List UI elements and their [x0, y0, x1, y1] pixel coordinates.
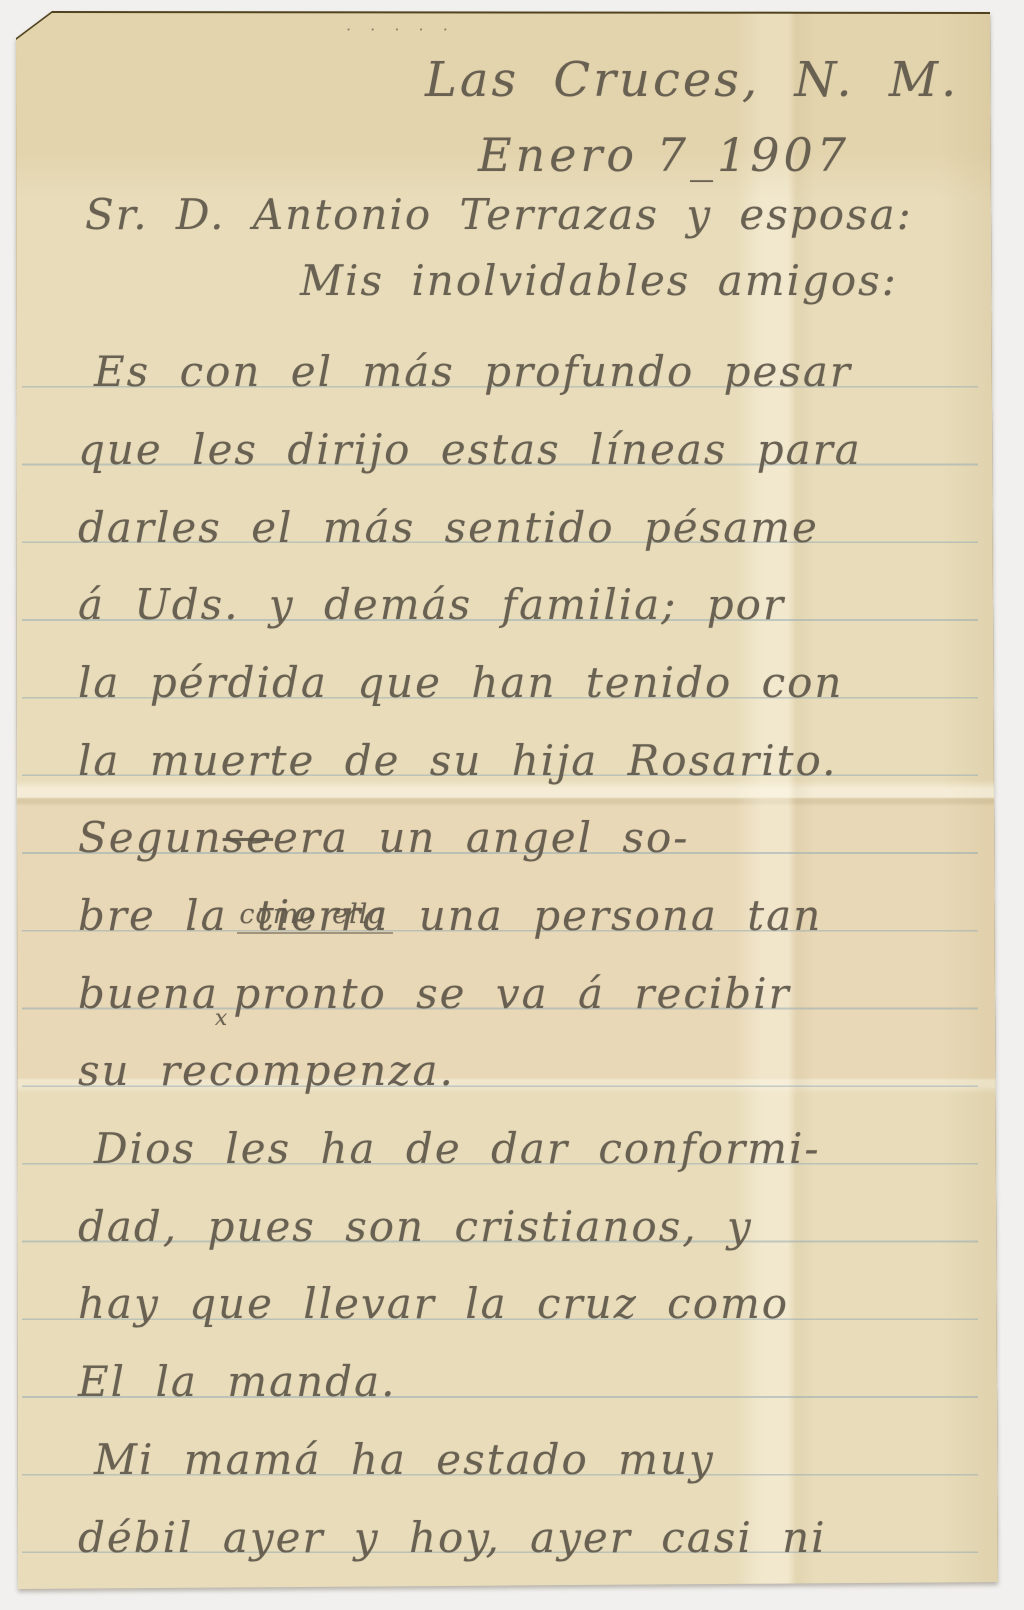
line-text: hay que llevar la cruz como: [78, 1279, 789, 1328]
salutation-line: Sr. D. Antonio Terrazas y esposa:: [85, 190, 913, 239]
line-text: bre la tierra una persona tan: [78, 891, 822, 940]
paper-shadow: · · · · · Las Cruces, N. M. Enero 7_1907…: [0, 0, 1024, 1610]
line-text: la pérdida que han tenido con: [78, 658, 843, 707]
line-text: dad, pues son cristianos, y: [78, 1202, 753, 1251]
scan-top-marks: · · · · ·: [346, 20, 455, 39]
letter-line: que les dirijo estas líneas para: [78, 387, 968, 465]
place-line: Las Cruces, N. M.: [425, 52, 959, 108]
insertion-anchor: como ella pronto se va á recibir: [233, 969, 790, 1018]
letter-line: la muerte de su hija Rosarito.: [78, 698, 968, 776]
line-text: que les dirijo estas líneas para: [78, 425, 862, 474]
line-text: la muerte de su hija Rosarito.: [78, 736, 837, 785]
line-text: pronto se va á recibir: [233, 969, 790, 1018]
letter-line-with-insertion: buena x como ella pronto se va á recibir: [78, 931, 968, 1009]
letter-line: débil ayer y hoy, ayer casi ni: [78, 1475, 968, 1553]
letter-line: Es con el más profundo pesar: [78, 310, 968, 388]
letter-line-with-strikeout: Segun se era un angel so-: [78, 776, 968, 854]
letter-line: darles el más sentido pésame: [78, 465, 968, 543]
line-text: Mi mamá ha estado muy: [94, 1435, 715, 1484]
letter-line: Mi mamá ha estado muy: [78, 1397, 968, 1475]
struck-word: se: [223, 813, 273, 862]
insertion-caret-mark: x: [215, 1006, 229, 1031]
date-line: Enero 7_1907: [478, 128, 850, 182]
line-text: darles el más sentido pésame: [78, 503, 819, 552]
line-text: buena: [78, 969, 219, 1018]
line-text: débil ayer y hoy, ayer casi ni: [78, 1513, 827, 1562]
letter-line: la pérdida que han tenido con: [78, 620, 968, 698]
letter-line: El la manda.: [78, 1319, 968, 1397]
line-text: á Uds. y demás familia; por: [78, 580, 785, 629]
letter-line: su recompenza.: [78, 1009, 968, 1087]
scanned-letter-page: { "scan": { "top_marks": "· · · · ·" }, …: [0, 0, 1024, 1610]
letter-line: hay que llevar la cruz como: [78, 1242, 968, 1320]
letter-body: Es con el más profundo pesar que les dir…: [78, 310, 968, 1553]
letter-paper: · · · · · Las Cruces, N. M. Enero 7_1907…: [0, 0, 1004, 1594]
letter-line: á Uds. y demás familia; por: [78, 543, 968, 621]
greeting-line: Mis inolvidables amigos:: [300, 256, 898, 305]
line-text: Es con el más profundo pesar: [94, 347, 852, 396]
inserted-words: como ella: [237, 899, 393, 934]
line-text: era un angel so-: [273, 813, 689, 862]
line-text: Segun: [78, 813, 223, 862]
letter-line: dad, pues son cristianos, y: [78, 1164, 968, 1242]
letter-line: bre la tierra una persona tan: [78, 853, 968, 931]
letter-line: Dios les ha de dar conformi-: [78, 1086, 968, 1164]
line-text: su recompenza.: [78, 1046, 455, 1095]
line-text: Dios les ha de dar conformi-: [94, 1124, 821, 1173]
line-text: El la manda.: [78, 1357, 396, 1406]
